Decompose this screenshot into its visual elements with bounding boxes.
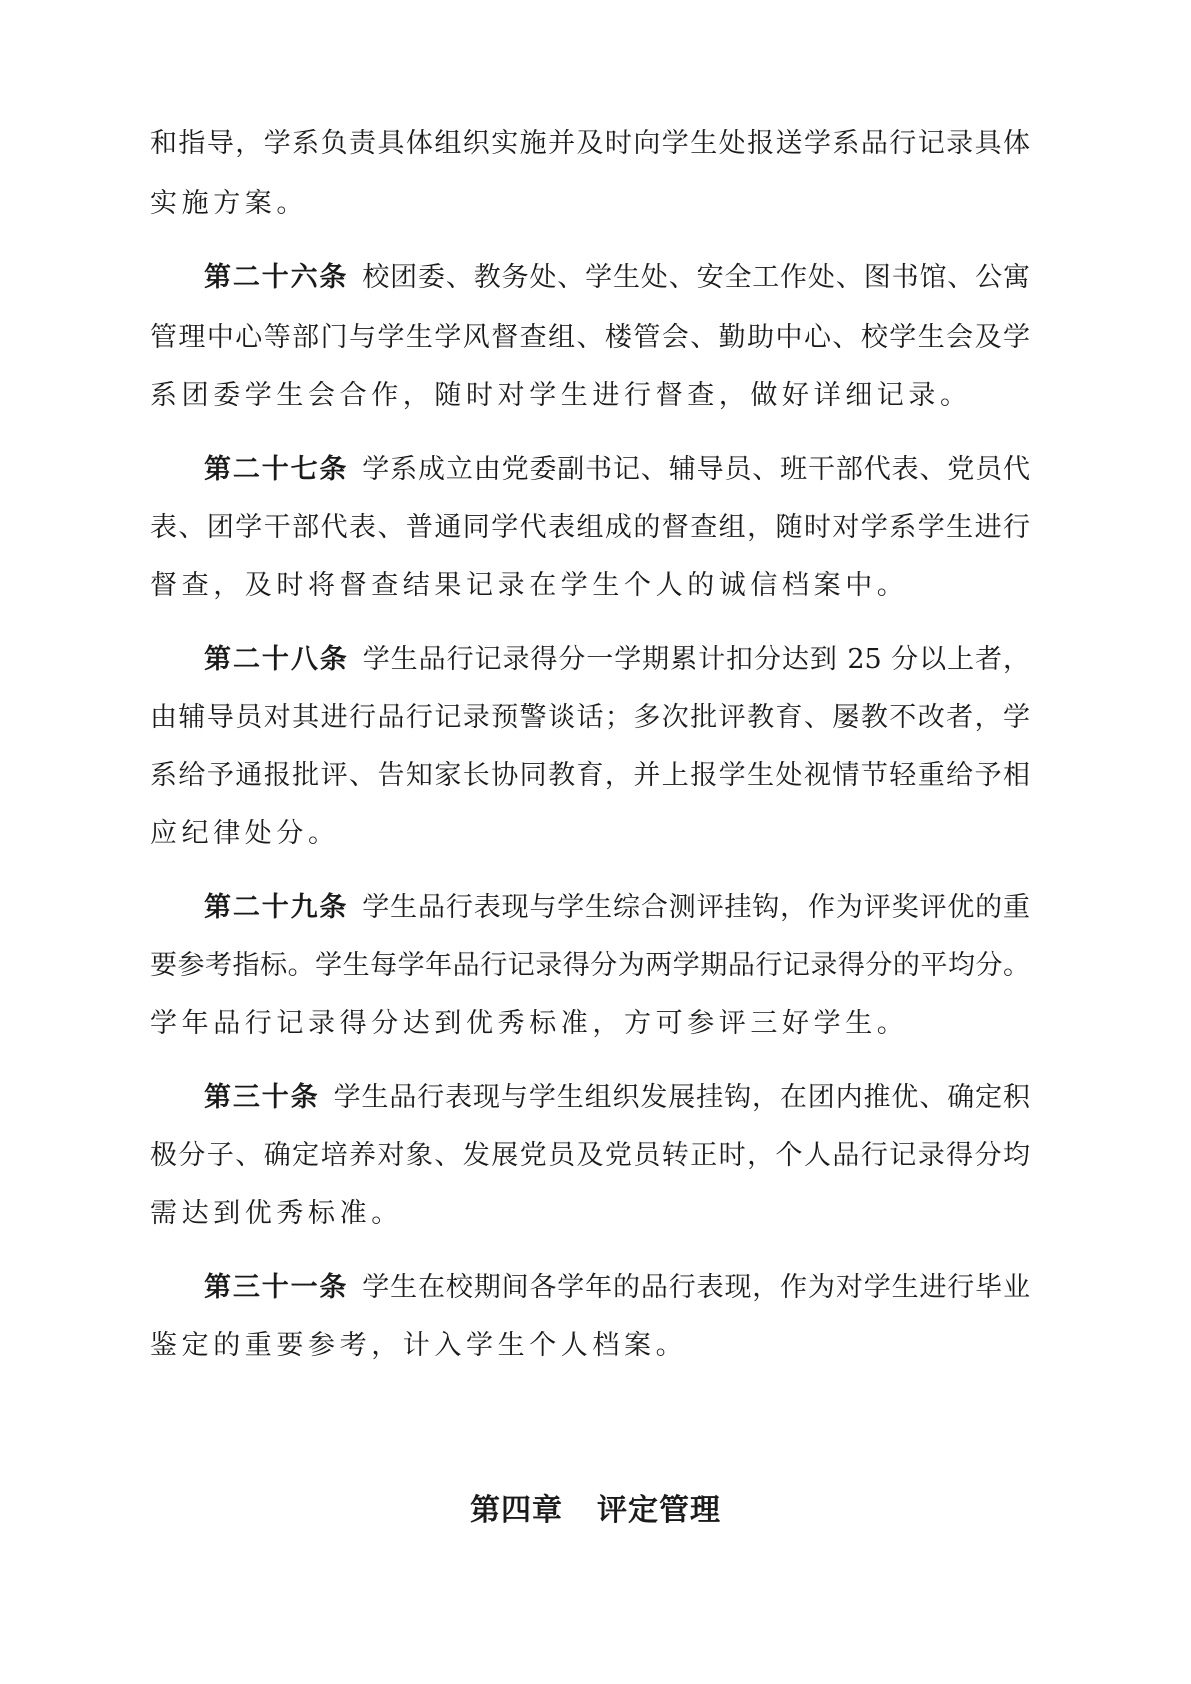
- article-number: 第三十一条: [204, 1272, 348, 1303]
- paragraph-line: 管理中心等部门与学生学风督查组、楼管会、勤助中心、校学生会及学: [150, 318, 1030, 358]
- paragraph-line: 需达到优秀标准。: [150, 1194, 1030, 1234]
- paragraph-line: 表、团学干部代表、普通同学代表组成的督查组，随时对学系学生进行: [150, 508, 1030, 548]
- article-28-line-1: 第二十八条学生品行记录得分一学期累计扣分达到 25 分以上者，: [150, 640, 1030, 680]
- article-number: 第二十八条: [204, 644, 349, 675]
- paragraph-line: 和指导，学系负责具体组织实施并及时向学生处报送学系品行记录具体: [150, 124, 1030, 164]
- paragraph-line: 鉴定的重要参考，计入学生个人档案。: [150, 1326, 1030, 1366]
- paragraph-line: 实施方案。: [150, 184, 1030, 224]
- chapter-number: 第四章: [470, 1493, 563, 1528]
- paragraph-line: 由辅导员对其进行品行记录预警谈话；多次批评教育、屡教不改者，学: [150, 698, 1030, 738]
- paragraph-line: 极分子、确定培养对象、发展党员及党员转正时，个人品行记录得分均: [150, 1136, 1030, 1176]
- article-number: 第三十条: [204, 1082, 320, 1113]
- article-number: 第二十九条: [204, 892, 348, 923]
- article-number: 第二十七条: [204, 454, 348, 485]
- article-text: 学生品行表现与学生组织发展挂钩，在团内推优、确定积: [334, 1082, 1030, 1113]
- chapter-heading: 第四章评定管理: [0, 1489, 1191, 1533]
- article-30-line-1: 第三十条学生品行表现与学生组织发展挂钩，在团内推优、确定积: [150, 1078, 1030, 1118]
- article-number: 第二十六条: [204, 262, 348, 293]
- article-text: 校团委、教务处、学生处、安全工作处、图书馆、公寓: [362, 262, 1030, 293]
- paragraph-line: 系团委学生会合作，随时对学生进行督查，做好详细记录。: [150, 376, 1030, 416]
- paragraph-line: 要参考指标。学生每学年品行记录得分为两学期品行记录得分的平均分。: [150, 946, 1030, 986]
- article-text: 学系成立由党委副书记、辅导员、班干部代表、党员代: [362, 454, 1030, 485]
- article-26-line-1: 第二十六条校团委、教务处、学生处、安全工作处、图书馆、公寓: [150, 258, 1030, 298]
- article-29-line-1: 第二十九条学生品行表现与学生综合测评挂钩，作为评奖评优的重: [150, 888, 1030, 928]
- article-text: 学生品行表现与学生综合测评挂钩，作为评奖评优的重: [362, 892, 1030, 923]
- article-27-line-1: 第二十七条学系成立由党委副书记、辅导员、班干部代表、党员代: [150, 450, 1030, 490]
- paragraph-line: 学年品行记录得分达到优秀标准，方可参评三好学生。: [150, 1004, 1030, 1044]
- paragraph-line: 应纪律处分。: [150, 814, 1030, 854]
- chapter-title: 评定管理: [597, 1493, 721, 1528]
- article-text: 学生在校期间各学年的品行表现，作为对学生进行毕业: [362, 1272, 1030, 1303]
- paragraph-line: 督查，及时将督查结果记录在学生个人的诚信档案中。: [150, 566, 1030, 606]
- article-31-line-1: 第三十一条学生在校期间各学年的品行表现，作为对学生进行毕业: [150, 1268, 1030, 1308]
- article-text: 学生品行记录得分一学期累计扣分达到 25 分以上者，: [363, 644, 1030, 675]
- paragraph-line: 系给予通报批评、告知家长协同教育，并上报学生处视情节轻重给予相: [150, 756, 1030, 796]
